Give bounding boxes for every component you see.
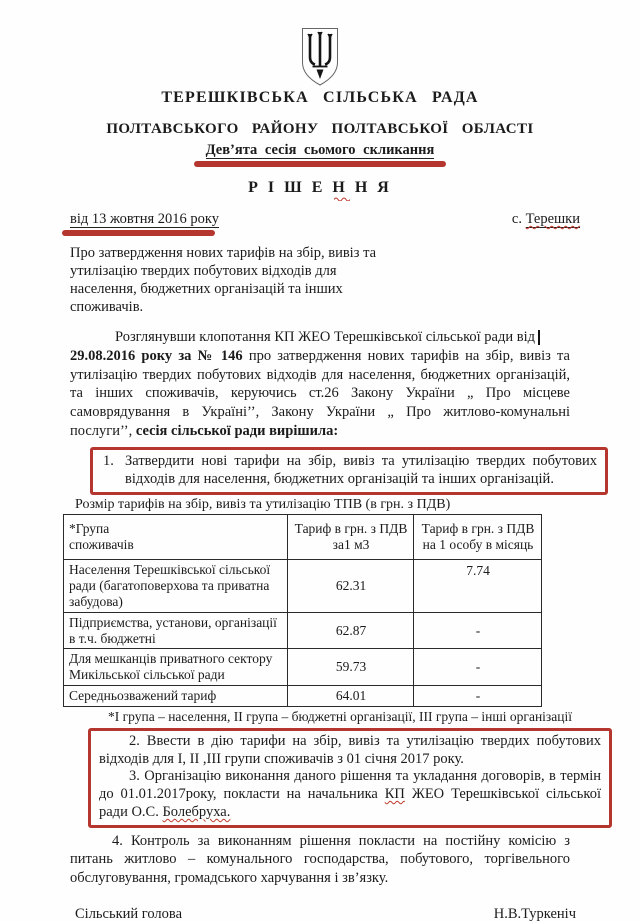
signature-title: Сільський голова — [75, 906, 182, 922]
per-m3-cell: 64.01 — [288, 685, 414, 706]
column-header-per-m3: Тариф в грн. з ПДВ за1 м3 — [288, 514, 414, 560]
per-m3-cell: 62.87 — [288, 612, 414, 649]
table-row: Населення Терешківської сільської ради (… — [64, 560, 542, 612]
meta-row: від 13 жовтня 2016 року с. Терешки — [70, 211, 580, 236]
column-header-group: *Група споживачів — [64, 514, 288, 560]
preamble-text: Розглянувши клопотання КП ЖЕО Терешківсь… — [115, 329, 535, 345]
item1-text: Затвердити нові тарифи на збір, вивіз та… — [125, 452, 597, 489]
highlight-box-items2-3: 2. Ввести в дію тарифи на збір, вивіз та… — [88, 728, 612, 828]
per-m3-cell: 59.73 — [288, 649, 414, 686]
table-row: Для мешканців приватного сектору Микільс… — [64, 649, 542, 686]
group-cell: Населення Терешківської сільської ради (… — [64, 560, 288, 612]
doc-type-title: Р І Ш Е Н Н Я — [0, 179, 640, 197]
item2-text: Ввести в дію тарифи на збір, вивіз та ут… — [99, 733, 601, 767]
place-name-underline: Терешки — [526, 211, 580, 228]
table-footnote: *І група – населення, ІІ група – бюджетн… — [108, 709, 640, 725]
group-cell: Середньозважений тариф — [64, 685, 288, 706]
item3-paragraph: 3. Організацію виконання даного рішення … — [99, 768, 601, 821]
item3-number: 3. — [129, 768, 140, 784]
per-person-cell: - — [414, 612, 542, 649]
item4-text: Контроль за виконанням рішення покласти … — [70, 833, 570, 886]
per-m3-cell: 62.31 — [288, 560, 414, 612]
council-title: ТЕРЕШКІВСЬКА СІЛЬСЬКА РАДА — [0, 89, 640, 107]
item2-paragraph: 2. Ввести в дію тарифи на збір, вивіз та… — [99, 733, 601, 769]
item4-paragraph: 4. Контроль за виконанням рішення поклас… — [70, 832, 570, 888]
place-prefix: с. — [512, 211, 522, 227]
table-row: Середньозважений тариф 64.01 - — [64, 685, 542, 706]
place-name: Терешки — [526, 211, 580, 227]
emblem-container — [0, 27, 640, 87]
decision-date: від 13 жовтня 2016 року — [70, 211, 219, 236]
preamble-paragraph: Розглянувши клопотання КП ЖЕО Терешківсь… — [70, 328, 570, 441]
district-title: ПОЛТАВСЬКОГО РАЙОНУ ПОЛТАВСЬКОЇ ОБЛАСТІ — [0, 121, 640, 138]
red-marker-underline — [194, 161, 446, 167]
per-person-cell: - — [414, 649, 542, 686]
preamble-closing-bold: сесія сільської ради вирішила: — [136, 423, 338, 439]
per-person-cell: 7.74 — [414, 560, 542, 612]
item2-number: 2. — [129, 733, 140, 749]
text-cursor — [538, 330, 540, 345]
highlight-box-item1: 1. Затвердити нові тарифи на збір, вивіз… — [90, 447, 608, 495]
document-page: ТЕРЕШКІВСЬКА СІЛЬСЬКА РАДА ПОЛТАВСЬКОГО … — [0, 0, 640, 922]
table-header-row: *Група споживачів Тариф в грн. з ПДВ за1… — [64, 514, 542, 560]
place: с. Терешки — [512, 211, 580, 228]
preamble-ref-bold: 29.08.2016 року за № 146 — [70, 348, 243, 364]
table-row: Підприємства, установи, організації в т.… — [64, 612, 542, 649]
column-header-per-person: Тариф в грн. з ПДВ на 1 особу в місяць — [414, 514, 542, 560]
tariff-table: *Група споживачів Тариф в грн. з ПДВ за1… — [63, 514, 542, 707]
table-caption: Розмір тарифів на збір, вивіз та утиліза… — [75, 497, 640, 513]
group-cell: Підприємства, установи, організації в т.… — [64, 612, 288, 649]
group-cell: Для мешканців приватного сектору Микільс… — [64, 649, 288, 686]
ukraine-trident-emblem-icon — [300, 27, 340, 87]
subject-block: Про затвердження нових тарифів на збір, … — [70, 244, 380, 316]
session-title: Дев’ята сесія сьомого скликання — [0, 142, 640, 167]
red-marker-underline — [62, 230, 215, 236]
item1-number: 1. — [99, 452, 125, 489]
item3-wavy-word-1: КП — [385, 786, 405, 802]
item3-wavy-word-2: Болебруха. — [162, 804, 230, 820]
session-title-text: Дев’ята сесія сьомого скликання — [206, 142, 435, 159]
signature-row: Сільський голова Н.В.Туркеніч — [75, 906, 576, 922]
per-person-cell: - — [414, 685, 542, 706]
doc-type-text: Р І Ш Е Н Н Я — [248, 179, 392, 196]
signature-name: Н.В.Туркеніч — [494, 906, 576, 922]
decision-date-text: від 13 жовтня 2016 року — [70, 211, 219, 228]
spellcheck-squiggle-icon — [334, 196, 350, 201]
item4-number: 4. — [112, 833, 123, 849]
